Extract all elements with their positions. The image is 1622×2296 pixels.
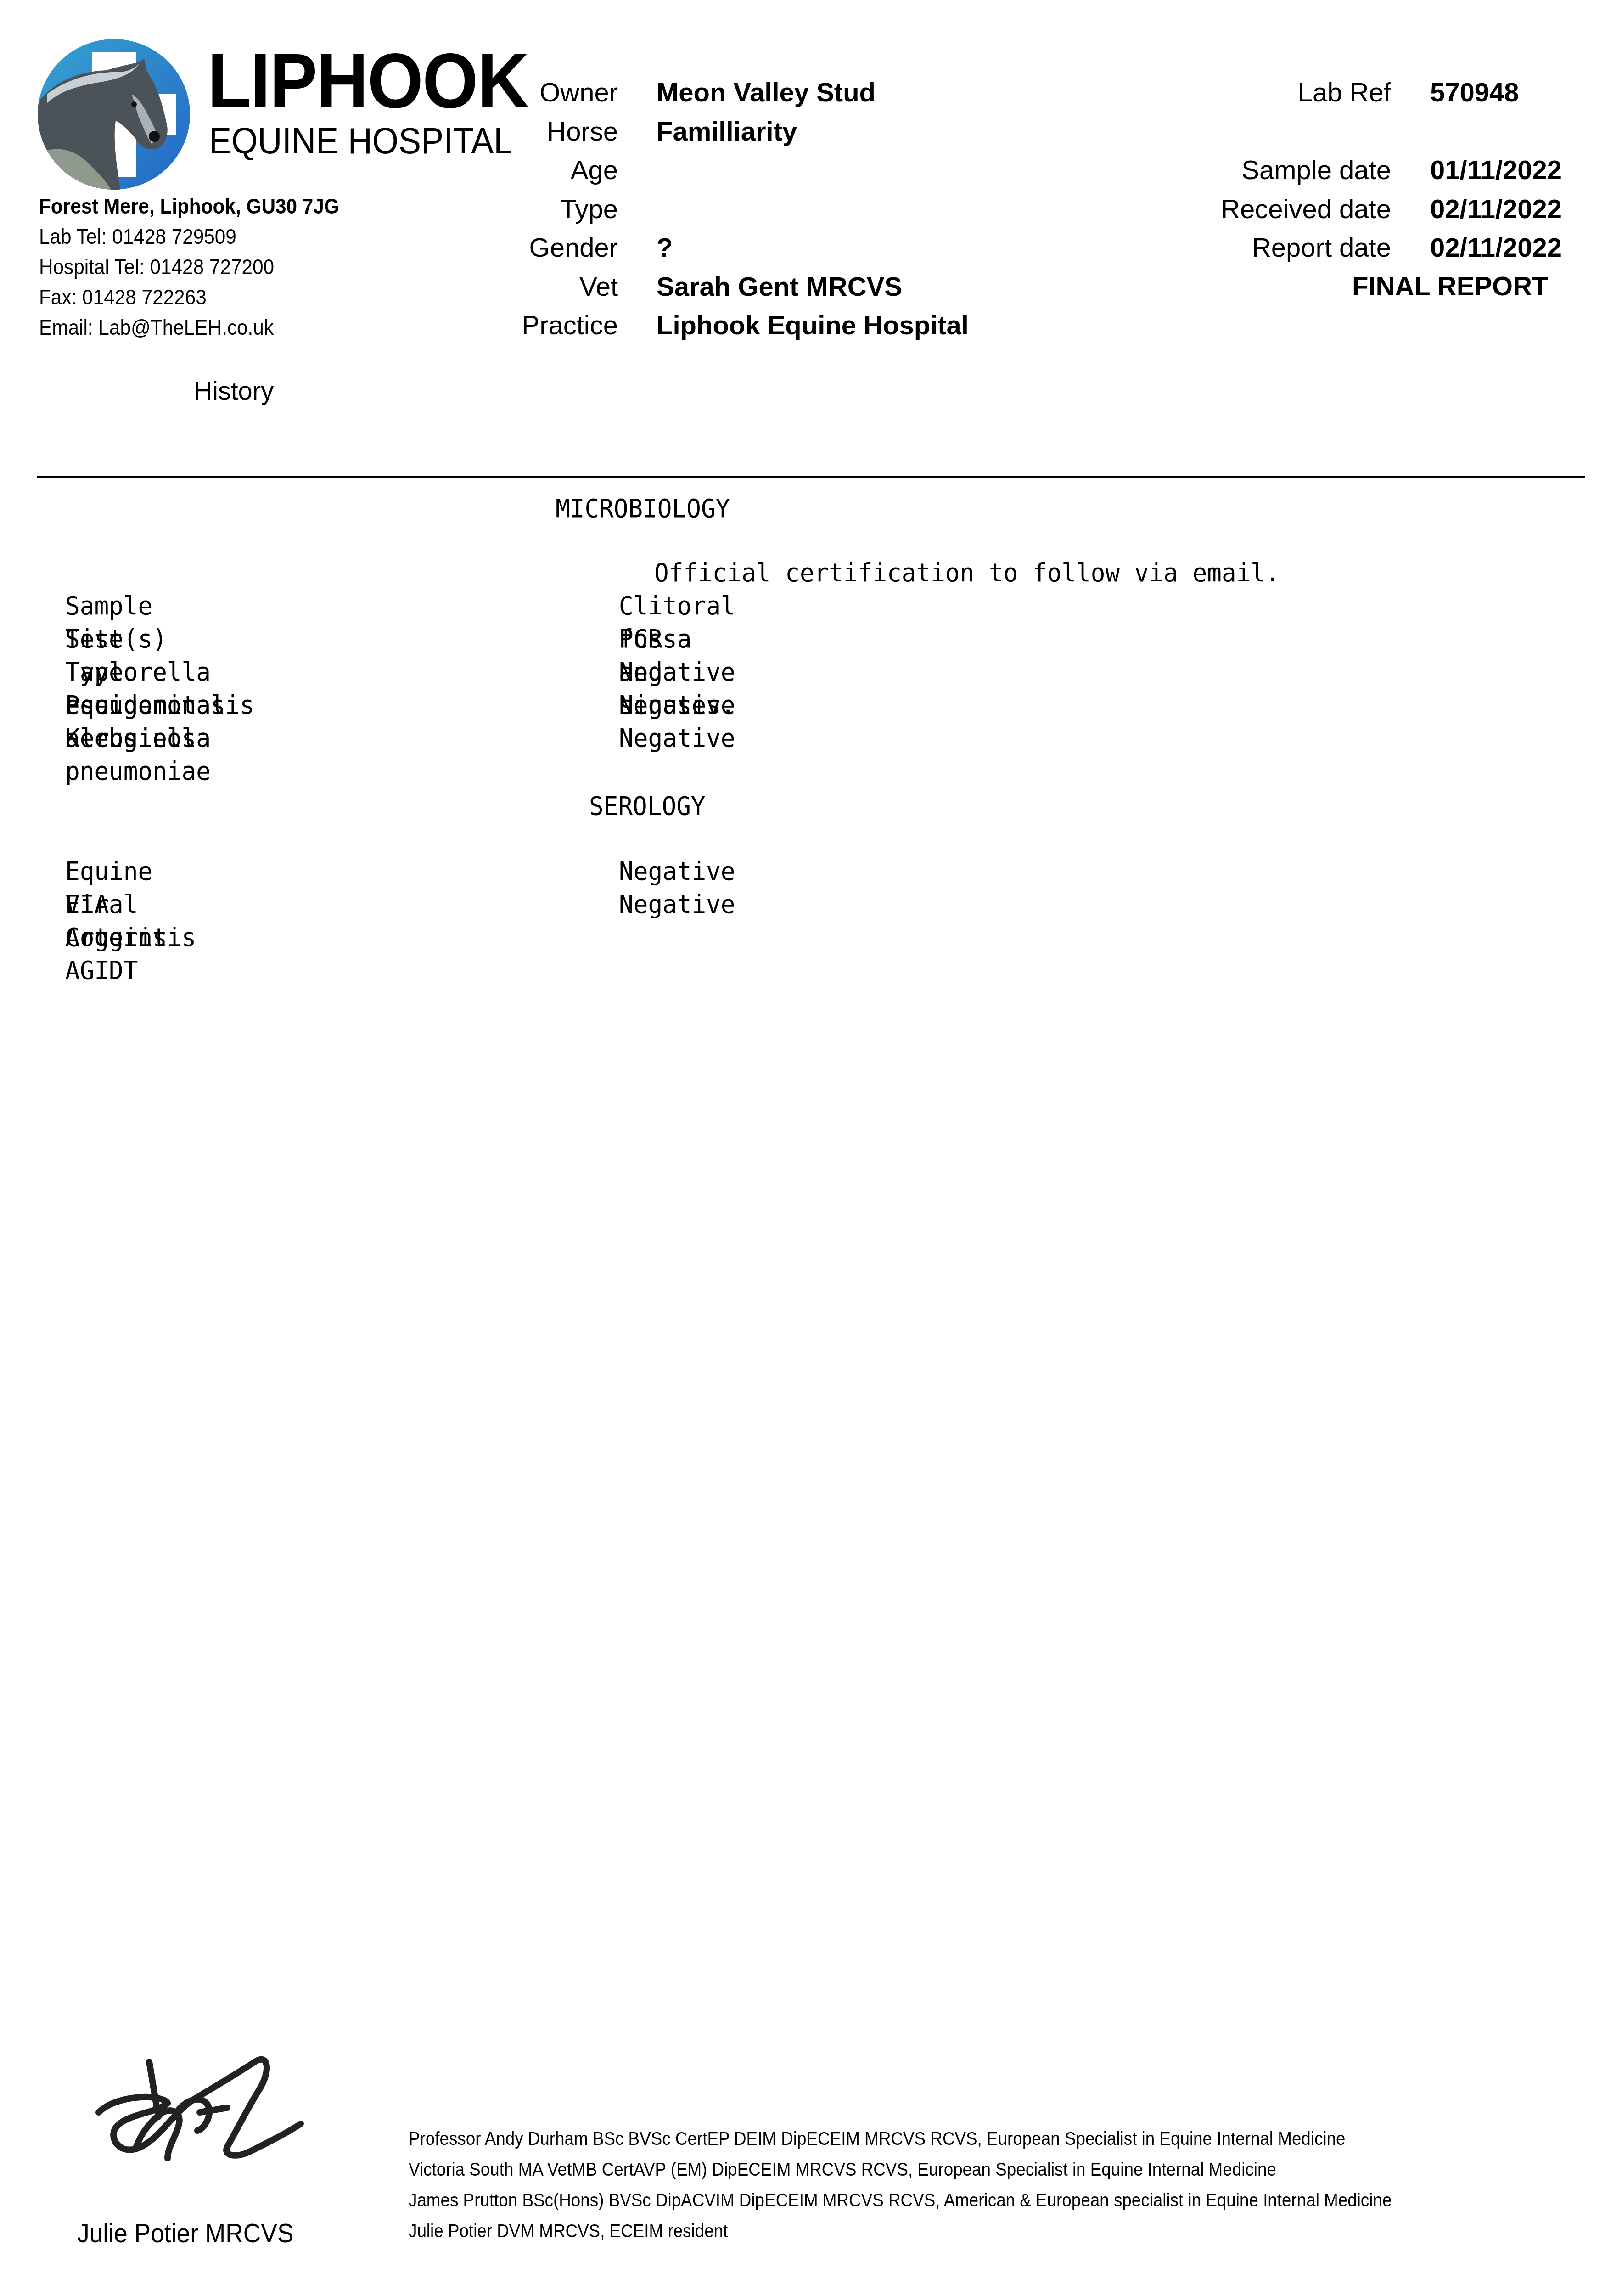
history-label: History bbox=[194, 376, 274, 405]
staff-item: James Prutton BSc(Hons) BVSc DipACVIM Di… bbox=[409, 2185, 1392, 2216]
received-date-label: Received date bbox=[1148, 190, 1391, 229]
result-value: PCR bbox=[619, 623, 662, 656]
horse-head-cross-logo-icon bbox=[38, 39, 190, 190]
report-date-value: 02/11/2022 bbox=[1430, 229, 1562, 268]
patient-labels: Owner Horse Age Type Gender Vet Practice bbox=[450, 73, 618, 345]
report-date-label: Report date bbox=[1148, 229, 1391, 268]
result-value: Negative bbox=[619, 855, 735, 888]
sample-date-value: 01/11/2022 bbox=[1430, 151, 1562, 190]
vet-value: Sarah Gent MRCVS bbox=[657, 268, 969, 307]
fax: Fax: 01428 722263 bbox=[39, 282, 339, 312]
result-value: Negative bbox=[619, 656, 735, 689]
lab-ref-value: 570948 bbox=[1430, 73, 1519, 113]
age-value bbox=[657, 151, 969, 190]
age-label: Age bbox=[450, 151, 618, 190]
type-label: Type bbox=[450, 190, 618, 229]
address: Forest Mere, Liphook, GU30 7JG bbox=[39, 191, 339, 221]
contact-block: Forest Mere, Liphook, GU30 7JG Lab Tel: … bbox=[39, 191, 339, 343]
header-divider bbox=[37, 476, 1585, 478]
practice-value: Liphook Equine Hospital bbox=[657, 306, 969, 345]
staff-item: Professor Andy Durham BSc BVSc CertEP DE… bbox=[409, 2124, 1392, 2155]
gender-value: ? bbox=[657, 229, 969, 268]
owner-value: Meon Valley Stud bbox=[657, 73, 969, 113]
date-values: 01/11/2022 02/11/2022 02/11/2022 bbox=[1430, 151, 1562, 268]
result-value: Negative bbox=[619, 722, 735, 755]
microbiology-title: MICROBIOLOGY bbox=[556, 492, 730, 525]
report-status: FINAL REPORT bbox=[1352, 267, 1549, 306]
sample-date-label: Sample date bbox=[1148, 151, 1391, 190]
lab-ref-label: Lab Ref bbox=[1148, 73, 1391, 113]
result-value: Negative bbox=[619, 689, 735, 722]
owner-label: Owner bbox=[450, 73, 618, 113]
practice-label: Practice bbox=[450, 306, 618, 345]
type-value bbox=[657, 190, 969, 229]
staff-list: Professor Andy Durham BSc BVSc CertEP DE… bbox=[409, 2124, 1392, 2247]
staff-item: Julie Potier DVM MRCVS, ECEIM resident bbox=[409, 2216, 1392, 2247]
vet-label: Vet bbox=[450, 268, 618, 307]
patient-values: Meon Valley Stud Familliarity ? Sarah Ge… bbox=[657, 73, 969, 345]
email-link[interactable]: Email: Lab@TheLEH.co.uk bbox=[39, 312, 339, 343]
handwritten-signature-icon bbox=[90, 2043, 305, 2167]
horse-value: Familliarity bbox=[657, 113, 969, 152]
lab-tel: Lab Tel: 01428 729509 bbox=[39, 221, 339, 252]
horse-label: Horse bbox=[450, 113, 618, 152]
serology-title: SEROLOGY bbox=[589, 790, 706, 823]
staff-item: Victoria South MA VetMB CertAVP (EM) Dip… bbox=[409, 2155, 1392, 2185]
certification-note: Official certification to follow via ema… bbox=[654, 557, 1280, 590]
date-labels: Sample date Received date Report date bbox=[1148, 151, 1391, 268]
hospital-tel: Hospital Tel: 01428 727200 bbox=[39, 252, 339, 282]
signer-name: Julie Potier MRCVS bbox=[77, 2218, 293, 2249]
gender-label: Gender bbox=[450, 229, 618, 268]
result-name: Klebsiella pneumoniae bbox=[65, 722, 211, 788]
result-value: Negative bbox=[619, 888, 735, 921]
result-name: EIA Coggins AGIDT bbox=[65, 888, 167, 987]
received-date-value: 02/11/2022 bbox=[1430, 190, 1562, 229]
